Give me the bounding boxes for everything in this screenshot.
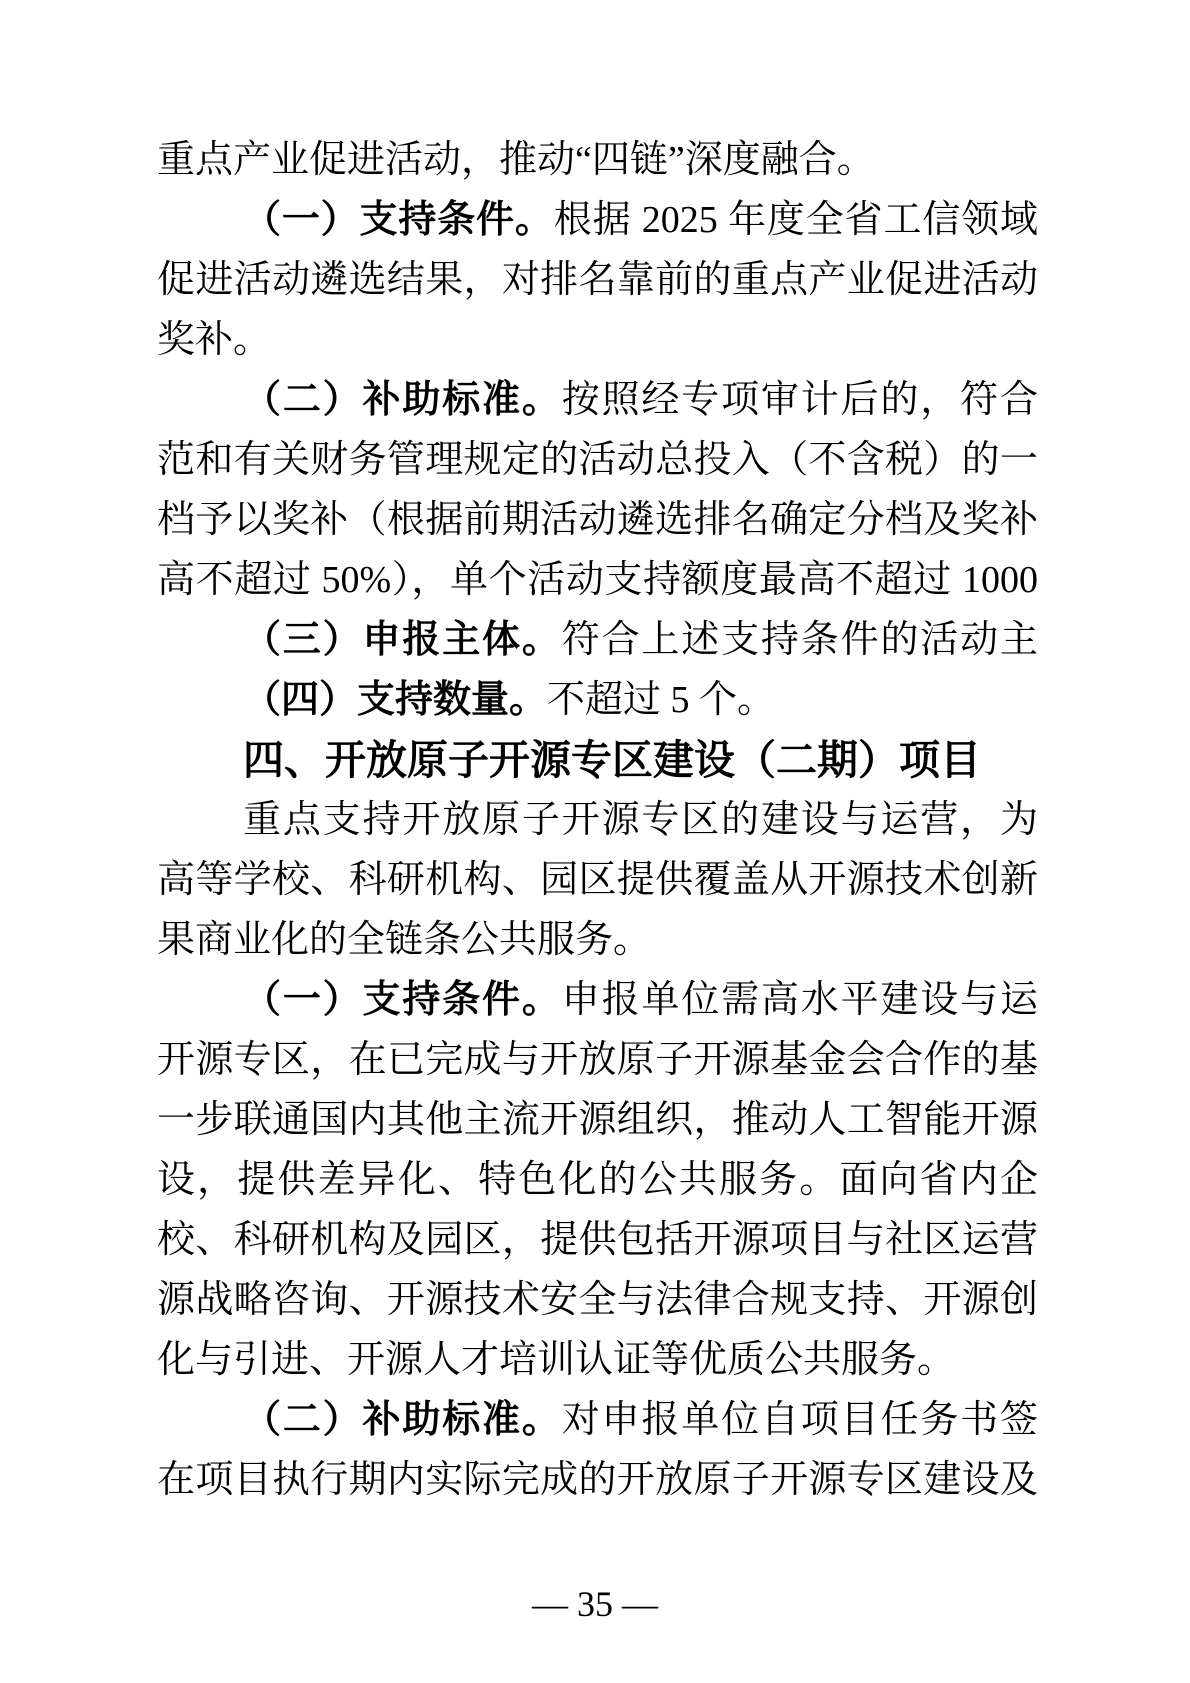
- line-text: 奖补。: [157, 319, 271, 361]
- paragraph-line: 高等学校、科研机构、园区提供覆盖从开源技术创新到开源成: [157, 850, 1038, 910]
- paragraph-line: （三）申报主体。符合上述支持条件的活动主办单位。: [157, 610, 1038, 670]
- line-text: 果商业化的全链条公共服务。: [157, 919, 651, 961]
- document-body: 重点产业促进活动，推动“四链”深度融合。 （一）支持条件。根据 2025 年度全…: [157, 130, 1038, 1510]
- paragraph-line: 档予以奖补（根据前期活动遴选排名确定分档及奖补比例，最: [157, 490, 1038, 550]
- line-text: 档予以奖补（根据前期活动遴选排名确定分档及奖补比例，最: [157, 499, 1038, 550]
- document-page: 重点产业促进活动，推动“四链”深度融合。 （一）支持条件。根据 2025 年度全…: [0, 0, 1190, 1683]
- line-text: 设，提供差异化、特色化的公共服务。面向省内企业、高等学: [157, 1159, 1038, 1210]
- paragraph-line: （二）补助标准。按照经专项审计后的，符合活动支出规: [157, 370, 1038, 430]
- paragraph-line: 果商业化的全链条公共服务。: [157, 910, 1038, 970]
- line-text: 一步联通国内其他主流开源组织，推动人工智能开源社区的建: [157, 1099, 1038, 1150]
- line-text: 开源专区，在已完成与开放原子开源基金会合作的基础上，进: [157, 1039, 1038, 1090]
- paragraph-line: （四）支持数量。不超过 5 个。: [157, 670, 1038, 730]
- paragraph-line: （一）支持条件。申报单位需高水平建设与运营开放原子: [157, 970, 1038, 1030]
- clause-label: （四）支持数量。: [243, 679, 547, 721]
- paragraph-line: 范和有关财务管理规定的活动总投入（不含税）的一定比例分: [157, 430, 1038, 490]
- line-text: 源战略咨询、开源技术安全与法律合规支持、开源创新项目孵: [157, 1279, 1038, 1330]
- paragraph-line: 化与引进、开源人才培训认证等优质公共服务。: [157, 1330, 1038, 1390]
- line-text: 范和有关财务管理规定的活动总投入（不含税）的一定比例分: [157, 439, 1038, 490]
- line-text: 重点产业促进活动，推动“四链”深度融合。: [157, 139, 875, 181]
- paragraph-line: 在项目执行期内实际完成的开放原子开源专区建设及运营总: [157, 1450, 1038, 1510]
- line-text: 高等学校、科研机构、园区提供覆盖从开源技术创新到开源成: [157, 859, 1038, 910]
- line-text: 促进活动遴选结果，对排名靠前的重点产业促进活动给予事后: [157, 259, 1038, 310]
- paragraph-line: 开源专区，在已完成与开放原子开源基金会合作的基础上，进: [157, 1030, 1038, 1090]
- section-heading-text: 四、开放原子开源专区建设（二期）项目: [243, 737, 981, 783]
- line-text: 在项目执行期内实际完成的开放原子开源专区建设及运营总: [157, 1459, 1038, 1510]
- paragraph-line: 重点支持开放原子开源专区的建设与运营，为省内企业、: [157, 790, 1038, 850]
- paragraph-line: 源战略咨询、开源技术安全与法律合规支持、开源创新项目孵: [157, 1270, 1038, 1330]
- clause-label: （一）支持条件。: [243, 199, 554, 241]
- clause-label: （一）支持条件。: [243, 979, 562, 1021]
- line-text: 化与引进、开源人才培训认证等优质公共服务。: [157, 1339, 955, 1381]
- page-number: — 35 —: [0, 1578, 1190, 1630]
- paragraph-line: 一步联通国内其他主流开源组织，推动人工智能开源社区的建: [157, 1090, 1038, 1150]
- paragraph-line: 重点产业促进活动，推动“四链”深度融合。: [157, 130, 1038, 190]
- paragraph-line: 奖补。: [157, 310, 1038, 370]
- clause-label: （二）补助标准。: [243, 1399, 562, 1441]
- paragraph-line: 校、科研机构及园区，提供包括开源项目与社区运营培训、开: [157, 1210, 1038, 1270]
- paragraph-line: （一）支持条件。根据 2025 年度全省工信领域重点产业: [157, 190, 1038, 250]
- line-text: 高不超过 50%），单个活动支持额度最高不超过 1000 万元。: [157, 559, 1038, 610]
- clause-label: （二）补助标准。: [243, 379, 562, 421]
- line-text: 校、科研机构及园区，提供包括开源项目与社区运营培训、开: [157, 1219, 1038, 1270]
- line-text: 重点支持开放原子开源专区的建设与运营，为省内企业、: [157, 799, 1038, 850]
- paragraph-line: 设，提供差异化、特色化的公共服务。面向省内企业、高等学: [157, 1150, 1038, 1210]
- section-heading: 四、开放原子开源专区建设（二期）项目: [157, 730, 1038, 790]
- line-text: 不超过 5 个。: [547, 679, 775, 721]
- clause-label: （三）申报主体。: [243, 619, 562, 661]
- paragraph-line: （二）补助标准。对申报单位自项目任务书签订之日起，: [157, 1390, 1038, 1450]
- paragraph-line: 促进活动遴选结果，对排名靠前的重点产业促进活动给予事后: [157, 250, 1038, 310]
- paragraph-line: 高不超过 50%），单个活动支持额度最高不超过 1000 万元。: [157, 550, 1038, 610]
